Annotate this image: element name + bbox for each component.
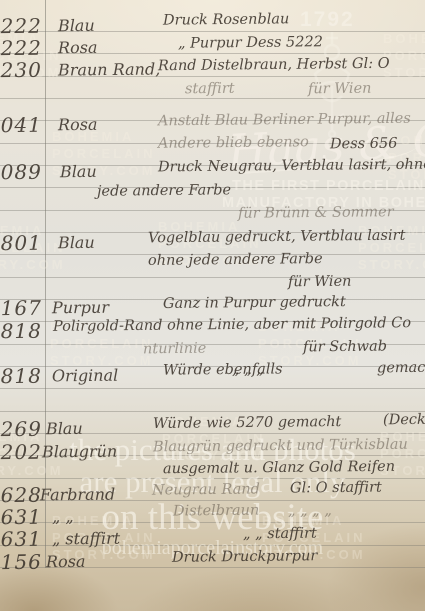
row-description-line: Rand Distelbraun, Herbst Gl: O [158, 56, 390, 74]
row-color: Blaugrün [42, 442, 117, 462]
row-description-line: „ „ „ „ [288, 503, 332, 519]
row-color: Rosa [46, 552, 86, 571]
row-description-line: nturlinie [143, 341, 206, 358]
row-color: „ „ [52, 507, 74, 526]
row-number: 5230 [0, 58, 42, 83]
row-number: 6041 [0, 113, 42, 138]
row-color: Blau [58, 233, 95, 252]
watermark-tile-line: STORY.COM [0, 256, 66, 273]
watermark-tile-line: STORY.COM [358, 256, 425, 273]
row-color: Blau [58, 16, 95, 35]
row-number: 6631 [0, 505, 42, 530]
row-color: Rosa [58, 115, 98, 134]
scanned-ledger-page: BOHEMIAPORCELAINSTORY.COMBOHEMIAPORCELAI… [0, 0, 425, 611]
row-description-line: gemacht [377, 360, 425, 377]
ruled-line [0, 388, 425, 389]
row-description-line: „ Purpur Dess 5222 [178, 34, 323, 52]
row-description-line: „ „ staffirt [243, 526, 317, 543]
row-description-line: für Brünn & Sommer [238, 204, 394, 222]
row-color: Blau [46, 419, 83, 438]
row-number: 5222 [0, 36, 42, 61]
row-description-line: für Wien [288, 274, 352, 291]
row-number: 6089 [0, 160, 42, 185]
row-description-line: staffirt [185, 81, 235, 98]
row-color: Braun Rand, [58, 59, 160, 79]
row-color: Purpur [52, 298, 109, 318]
row-description-line: Vogelblau gedruckt, Vertblau lasirt [148, 228, 406, 247]
row-number: 6156 [0, 550, 42, 575]
watermark-year: 1792 [300, 8, 355, 32]
watermark-tile-line: STORY.COM [0, 462, 64, 479]
column-rule [45, 0, 46, 568]
row-description-line: Blaugrün gedruckt und Türkisblau [153, 437, 408, 456]
row-description-line: jede andere Farbe [97, 182, 231, 199]
row-number: 6631 [0, 527, 42, 552]
row-color: Original [52, 366, 118, 386]
row-description-line: Neugrau Rand [152, 481, 260, 498]
row-color: Rosa [58, 38, 98, 57]
row-description-line: Würde wie 5270 gemacht [153, 414, 342, 432]
row-number: 6628 [0, 483, 42, 508]
row-number: 6167 [0, 296, 42, 321]
row-color: Farbrand [40, 485, 115, 505]
row-number: 6818 [0, 319, 42, 344]
ruled-line [0, 98, 425, 99]
row-description-line: Würde ebenfalls [163, 361, 283, 378]
row-number: 6801 [0, 231, 42, 256]
row-color: „ staffirt [52, 529, 120, 549]
row-description-line: Druck Rosenblau [163, 11, 289, 28]
row-number: 6818 [0, 364, 42, 389]
ruled-line [0, 478, 425, 479]
row-number: 5222 [0, 14, 42, 39]
row-description-line: Druck Neugrau, Vertblau lasirt, ohne [158, 157, 425, 176]
row-description-line: Dess 656 [330, 136, 398, 153]
row-description-line: (Decke [383, 412, 425, 429]
row-number: 6202 [0, 440, 42, 465]
row-description-line: Ganz in Purpur gedruckt [163, 294, 346, 312]
row-description-line: Gl: O staffirt [290, 480, 382, 497]
row-description-line: ohne jede andere Farbe [148, 251, 323, 269]
row-description-line: Druck Druckpurpur [172, 548, 317, 566]
row-description-line: Distelbraun [173, 503, 259, 520]
ruled-line [0, 411, 425, 412]
row-description-line: Andere blieb ebenso [158, 134, 309, 152]
ruled-line [0, 277, 425, 278]
row-number: 5269 [0, 417, 42, 442]
row-description-line: ausgemalt u. Glanz Gold Reifen [163, 459, 395, 477]
row-description-line: „ „ „ [232, 362, 264, 378]
row-description-line: Polirgold-Rand ohne Linie, aber mit Poli… [53, 315, 411, 335]
row-description-line: für Schwab [303, 339, 387, 356]
watermark-tile-line: PORCELAIN [52, 145, 156, 162]
row-color: Blau [60, 162, 97, 181]
watermark-tile-line: BOHEMIA [383, 30, 425, 47]
row-description-line: für Wien [308, 81, 372, 98]
row-description-line: Anstalt Blau Berliner Purpur, alles [158, 111, 411, 130]
watermark-logo-line1: THE FIRST PORCELAIN [232, 178, 425, 194]
